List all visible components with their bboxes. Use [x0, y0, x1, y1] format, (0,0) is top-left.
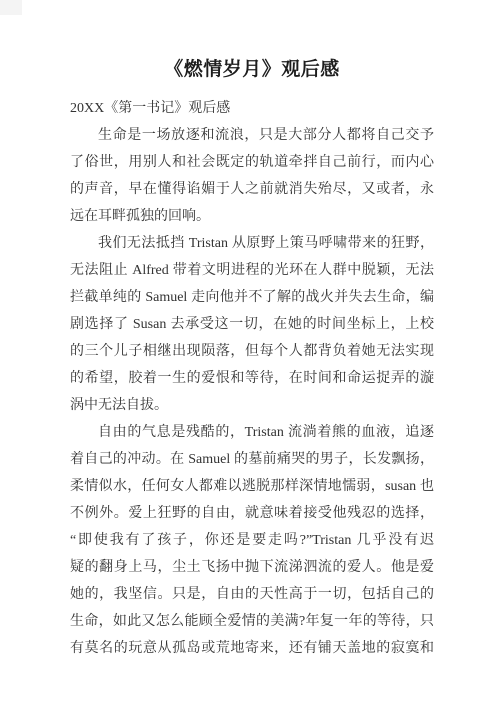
- text-line: 的声音，早在懂得谄媚于人之前就消失殆尽，又或者，永: [70, 176, 434, 203]
- document-page: 《燃情岁月》观后感 20XX《第一书记》观后感 生命是一场放逐和流浪，只是大部分…: [0, 0, 500, 708]
- article-subtitle: 20XX《第一书记》观后感: [70, 95, 434, 122]
- text-line: 生命是一场放逐和流浪，只是大部分人都将自己交予: [70, 122, 434, 149]
- page-title: 《燃情岁月》观后感: [70, 57, 434, 83]
- paragraph: 自由的气息是残酷的，Tristan 流淌着熊的血液，追逐着自己的冲动。在 Sam…: [70, 419, 434, 662]
- text-line: 我们无法抵挡 Tristan 从原野上策马呼啸带来的狂野，: [70, 230, 434, 257]
- text-line: 疑的翻身上马，尘土飞扬中抛下流涕泗流的爱人。他是爱: [70, 554, 434, 581]
- text-line: 的三个儿子相继出现陨落，但每个人都背负着她无法实现: [70, 338, 434, 365]
- paragraph: 生命是一场放逐和流浪，只是大部分人都将自己交予了俗世，用别人和社会既定的轨道牵拌…: [70, 122, 434, 230]
- text-line: 剧选择了 Susan 去承受这一切，在她的时间坐标上，上校: [70, 311, 434, 338]
- text-line: 涡中无法自拔。: [70, 392, 434, 419]
- text-line: 无法阻止 Alfred 带着文明进程的光环在人群中脱颖，无法: [70, 257, 434, 284]
- text-line: 的希望，胶着一生的爱恨和等待，在时间和命运捉弄的漩: [70, 365, 434, 392]
- text-line: 拦截单纯的 Samuel 走向他并不了解的战火并失去生命，编: [70, 284, 434, 311]
- article-body: 生命是一场放逐和流浪，只是大部分人都将自己交予了俗世，用别人和社会既定的轨道牵拌…: [70, 122, 434, 662]
- text-line: 了俗世，用别人和社会既定的轨道牵拌自己前行，而内心: [70, 149, 434, 176]
- text-line: 不例外。爱上狂野的自由，就意味着接受他残忍的选择，: [70, 500, 434, 527]
- text-line: “即使我有了孩子，你还是要走吗?”Tristan 几乎没有迟: [70, 527, 434, 554]
- text-line: 有莫名的玩意从孤岛或荒地寄来，还有铺天盖地的寂寞和: [70, 635, 434, 662]
- text-line: 自由的气息是残酷的，Tristan 流淌着熊的血液，追逐: [70, 419, 434, 446]
- text-line: 生命，如此又怎么能顾全爱情的美满?年复一年的等待，只: [70, 608, 434, 635]
- text-line: 着自己的冲动。在 Samuel 的墓前痛哭的男子，长发飘扬，: [70, 446, 434, 473]
- text-line: 她的，我坚信。只是，自由的天性高于一切，包括自己的: [70, 581, 434, 608]
- text-line: 柔情似水，任何女人都难以逃脱那样深情地懦弱，susan 也: [70, 473, 434, 500]
- paragraph: 我们无法抵挡 Tristan 从原野上策马呼啸带来的狂野，无法阻止 Alfred…: [70, 230, 434, 419]
- text-line: 远在耳畔孤独的回响。: [70, 203, 434, 230]
